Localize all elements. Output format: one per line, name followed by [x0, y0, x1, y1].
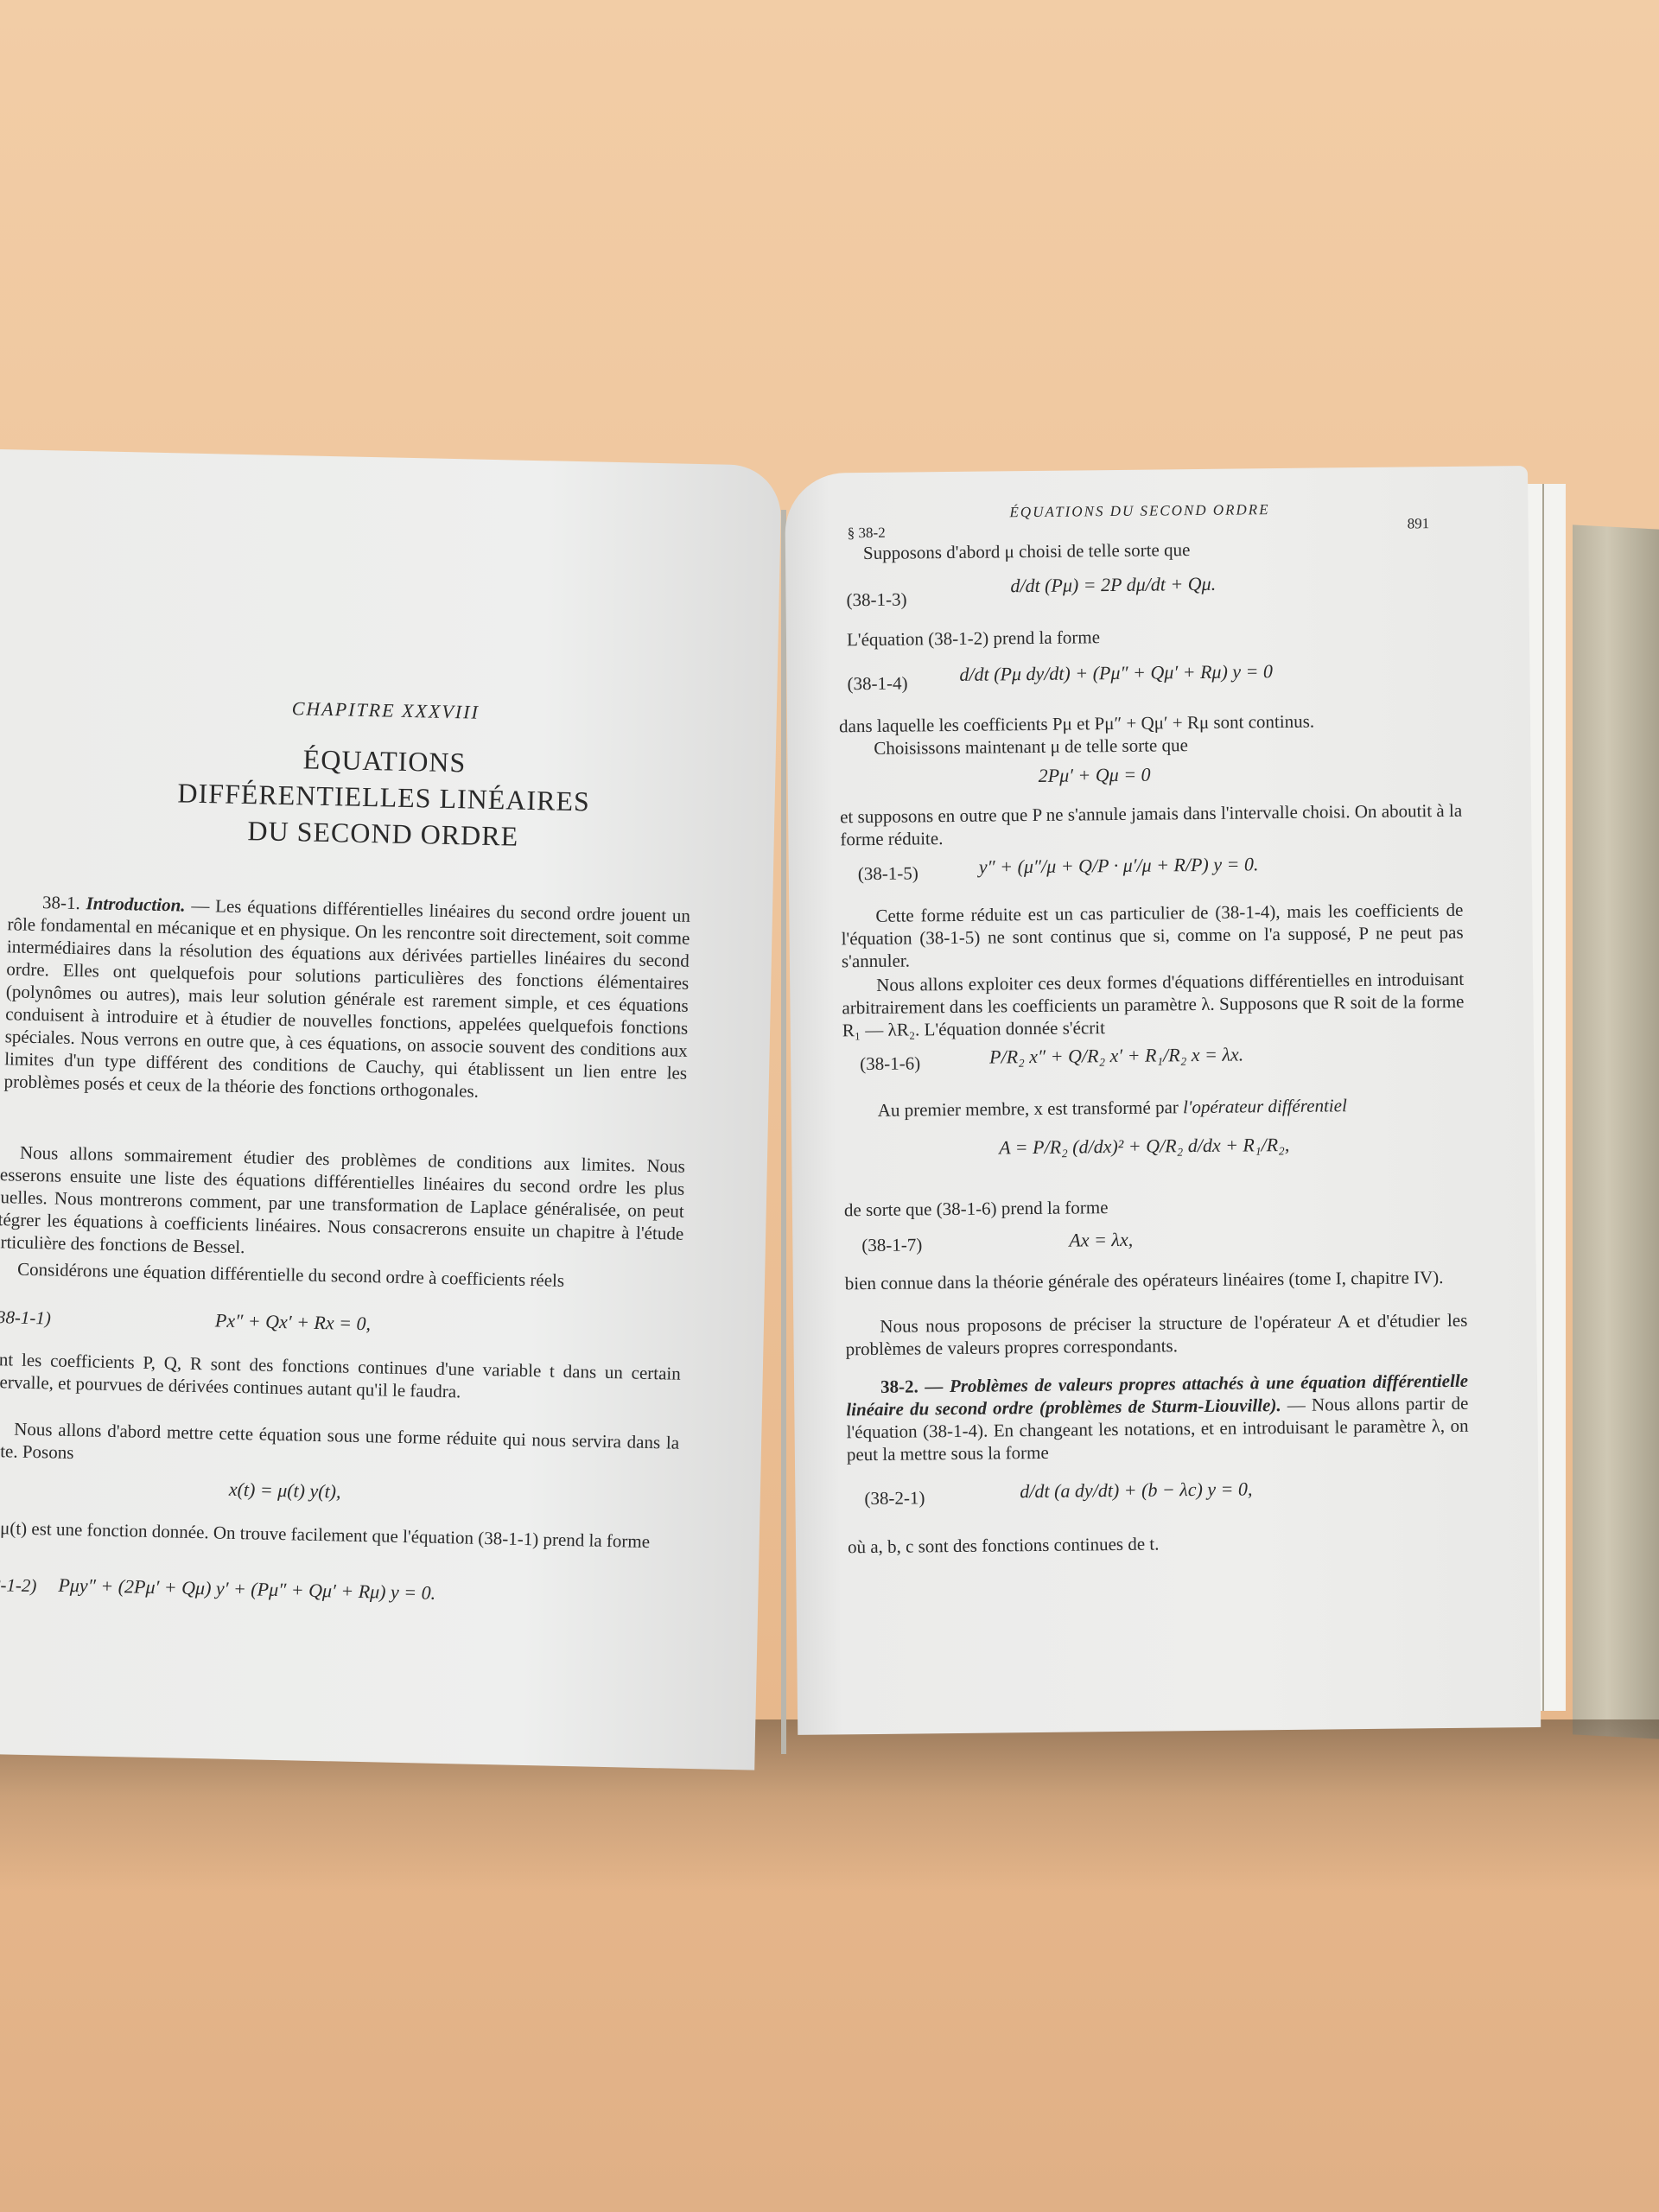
equation: Px″ + Qx′ + Rx = 0, — [215, 1309, 372, 1335]
right-page: § 38-2 ÉQUATIONS DU SECOND ORDRE 891 Sup… — [785, 466, 1541, 1735]
paragraph: de sorte que (38-1-6) prend la forme — [844, 1192, 1466, 1222]
paragraph-text: Au premier membre, x est transformé par — [878, 1096, 1184, 1121]
paragraph: Nous allons sommairement étudier des pro… — [0, 1141, 685, 1268]
equation-number: (38-1-1) — [0, 1306, 51, 1329]
equation: d/dt (Pμ dy/dt) + (Pμ″ + Qμ′ + Rμ) y = 0 — [959, 660, 1273, 686]
equation-number: (38-1-7) — [861, 1234, 922, 1256]
equation-number: (38-1-2) — [0, 1574, 37, 1597]
italic-term: l'opérateur différentiel — [1183, 1095, 1347, 1117]
paragraph: Nous nous proposons de préciser la struc… — [845, 1309, 1468, 1361]
equation: d/dt (Pμ) = 2P dμ/dt + Qμ. — [1010, 573, 1216, 597]
equation: A = P/R₂ (d/dx)² + Q/R₂ d/dx + R₁/R₂, — [999, 1134, 1289, 1160]
paragraph: où μ(t) est une fonction donnée. On trou… — [0, 1516, 677, 1554]
page-stack — [1542, 484, 1566, 1711]
paragraph: et supposons en outre que P ne s'annule … — [840, 799, 1463, 851]
running-head: ÉQUATIONS DU SECOND ORDRE — [1009, 501, 1269, 521]
paragraph: Nous allons exploiter ces deux formes d'… — [842, 968, 1465, 1042]
section-number: 38-1. — [42, 892, 80, 913]
section-paragraph: 38-2. — Problèmes de valeurs propres att… — [846, 1370, 1469, 1466]
equation-number: (38-1-5) — [858, 862, 918, 885]
chapter-label: CHAPITRE XXXVIII — [0, 691, 777, 730]
equation: P/R₂ x″ + Q/R₂ x′ + R₁/R₂ x = λx. — [989, 1043, 1243, 1068]
equation: Ax = λx, — [1069, 1229, 1133, 1252]
chapter-title: ÉQUATIONS DIFFÉRENTIELLES LINÉAIRES DU S… — [0, 734, 776, 860]
book-gutter — [781, 510, 786, 1754]
section-title: Introduction. — [86, 893, 185, 915]
equation-number: (38-1-6) — [860, 1052, 920, 1075]
paragraph-text: — Les équations différentielles linéaire… — [3, 895, 690, 1102]
paragraph: bien connue dans la théorie générale des… — [845, 1266, 1467, 1295]
section-number: 38-2. — [880, 1376, 918, 1396]
equation: d/dt (a dy/dt) + (b − λc) y = 0, — [1020, 1478, 1252, 1503]
paragraph: Supposons d'abord μ choisi de telle sort… — [863, 536, 1468, 564]
paragraph: Cette forme réduite est un cas particuli… — [841, 899, 1464, 973]
equation: x(t) = μ(t) y(t), — [229, 1478, 341, 1503]
equation-number: (38-2-1) — [864, 1487, 925, 1510]
section-ref: § 38-2 — [848, 524, 886, 542]
book-cover-edge — [1573, 524, 1659, 1738]
intro-paragraph: 38-1. Introduction. — Les équations diff… — [3, 890, 690, 1106]
equation: y″ + (μ″/μ + Q/P · μ′/μ + R/P) y = 0. — [979, 853, 1259, 878]
equation: 2Pμ′ + Qμ = 0 — [1039, 764, 1151, 787]
equation: Pμy″ + (2Pμ′ + Qμ) y′ + (Pμ″ + Qμ′ + Rμ)… — [58, 1574, 435, 1605]
left-page: CHAPITRE XXXVIII ÉQUATIONS DIFFÉRENTIELL… — [0, 449, 782, 1770]
paragraph: L'équation (38-1-2) prend la forme — [847, 622, 1469, 652]
paragraph: Au premier membre, x est transformé par … — [843, 1093, 1465, 1122]
paragraph: Nous allons d'abord mettre cette équatio… — [0, 1417, 679, 1477]
equation-number: (38-1-4) — [847, 673, 907, 696]
paragraph: où a, b, c sont des fonctions continues … — [848, 1529, 1470, 1559]
page-number: 891 — [1408, 515, 1430, 532]
paragraph: dont les coefficients P, Q, R sont des f… — [0, 1348, 681, 1408]
equation-number: (38-1-3) — [846, 589, 906, 612]
